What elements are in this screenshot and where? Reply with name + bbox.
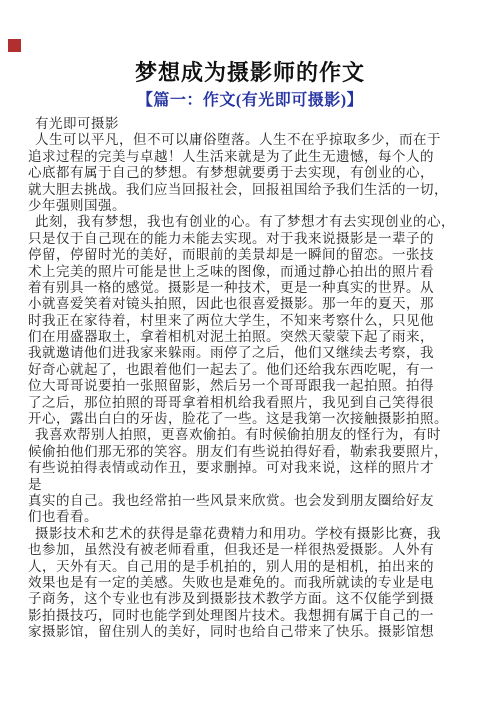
section-heading: 【篇一：作文(有光即可摄影)】 bbox=[0, 87, 500, 110]
essay-line: 家摄影馆，留住别人的美好，同时也给自己带来了快乐。摄影馆想 bbox=[28, 624, 474, 640]
essay-line: 真实的自己。我也经常拍一些风景来欣赏。也会发到朋友圈给好友 bbox=[28, 493, 474, 509]
essay-line: 心底都有属于自己的梦想。有梦想就要勇于去实现，有创业的心， bbox=[28, 165, 474, 181]
essay-line: 停留，停留时光的美好，而眼前的美景却是一瞬间的留恋。一张技 bbox=[28, 247, 474, 263]
essay-line: 追求过程的完美与卓越！人生活来就是为了此生无遗憾，每个人的 bbox=[28, 149, 474, 165]
red-corner-marker bbox=[8, 39, 21, 52]
essay-line: 有光即可摄影 bbox=[28, 116, 474, 132]
essay-line: 好奇心就起了，也跟着他们一起去了。他们还给我东西吃呢，有一 bbox=[28, 362, 474, 378]
essay-line: 人，天外有天。自己用的是手机拍的，别人用的是相机，拍出来的 bbox=[28, 559, 474, 575]
essay-line: 了之后，那位拍照的哥哥拿着相机给我看照片，我见到自己笑得很 bbox=[28, 395, 474, 411]
essay-line: 时我正在家待着，村里来了两位大学生，不知来考察什么，只见他 bbox=[28, 313, 474, 329]
essay-line: 有些说拍得表情或动作丑，要求删掉。可对我来说，这样的照片才 bbox=[28, 460, 474, 476]
essay-line: 效果也是有一定的美感。失败也是难免的。而我所就读的专业是电 bbox=[28, 575, 474, 591]
essay-line: 们在用盛器取土，拿着相机对泥土拍照。突然天蒙蒙下起了雨来， bbox=[28, 329, 474, 345]
essay-line: 我就邀请他们进我家来躲雨。雨停了之后，他们又继续去考察，我 bbox=[28, 345, 474, 361]
document-page: 梦想成为摄影师的作文 【篇一：作文(有光即可摄影)】 有光即可摄影人生可以平凡，… bbox=[0, 0, 500, 707]
essay-line: 子商务，这个专业也有涉及到摄影技术教学方面。这不仅能学到摄 bbox=[28, 591, 474, 607]
essay-line: 人生可以平凡，但不可以庸俗堕落。人生不在乎掠取多少，而在于 bbox=[28, 132, 474, 148]
essay-line: 候偷拍他们那无邪的笑容。朋友们有些说拍得好看，勒索我要照片， bbox=[28, 444, 474, 460]
essay-line: 术上完美的照片可能是世上乏味的图像，而通过静心拍出的照片看 bbox=[28, 264, 474, 280]
essay-line: 是 bbox=[28, 477, 474, 493]
essay-line: 摄影技术和艺术的获得是靠花费精力和用功。学校有摄影比赛，我 bbox=[28, 526, 474, 542]
essay-line: 位大哥哥说要拍一张照留影，然后另一个哥哥跟我一起拍照。拍得 bbox=[28, 378, 474, 394]
essay-line: 也参加，虽然没有被老师看重，但我还是一样很热爱摄影。人外有 bbox=[28, 542, 474, 558]
page-title: 梦想成为摄影师的作文 bbox=[0, 56, 500, 87]
essay-line: 开心，露出白白的牙齿，脸花了一些。这是我第一次接触摄影拍照。 bbox=[28, 411, 474, 427]
essay-line: 只是仅于自己现在的能力未能去实现。对于我来说摄影是一辈子的 bbox=[28, 231, 474, 247]
essay-line: 着有别具一格的感觉。摄影是一种技术，更是一种真实的世界。从 bbox=[28, 280, 474, 296]
essay-line: 影拍摄技巧，同时也能学到处理图片技术。我想拥有属于自己的一 bbox=[28, 608, 474, 624]
essay-body: 有光即可摄影人生可以平凡，但不可以庸俗堕落。人生不在乎掠取多少，而在于追求过程的… bbox=[28, 116, 474, 641]
essay-line: 此刻，我有梦想，我也有创业的心。有了梦想才有去实现创业的心， bbox=[28, 214, 474, 230]
essay-line: 小就喜爱笑着对镜头拍照，因此也很喜爱摄影。那一年的夏天，那 bbox=[28, 296, 474, 312]
essay-line: 就大胆去挑战。我们应当回报社会，回报祖国给予我们生活的一切， bbox=[28, 182, 474, 198]
essay-line: 少年强则国强。 bbox=[28, 198, 474, 214]
essay-line: 我喜欢帮别人拍照，更喜欢偷拍。有时候偷拍朋友的怪行为，有时 bbox=[28, 427, 474, 443]
essay-line: 们也看看。 bbox=[28, 509, 474, 525]
